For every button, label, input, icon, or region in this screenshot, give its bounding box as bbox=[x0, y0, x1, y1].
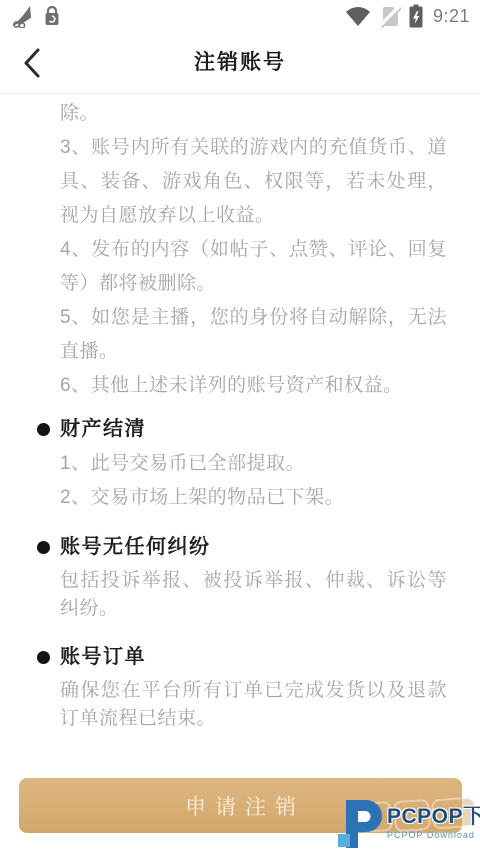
apply-cancellation-button[interactable]: 申请注销 bbox=[19, 778, 462, 833]
section-description: 包括投诉举报、被投诉举报、仲裁、诉讼等纠纷。 bbox=[60, 567, 447, 623]
battery-charging-icon bbox=[409, 4, 423, 28]
status-bar: 9:21 bbox=[0, 0, 480, 32]
section-no-disputes: 账号无任何纠纷 包括投诉举报、被投诉举报、仲裁、诉讼等纠纷。 bbox=[60, 533, 447, 623]
section-title: 账号无任何纠纷 bbox=[60, 533, 211, 561]
status-time: 9:21 bbox=[433, 6, 470, 27]
section-property-settled: 财产结清 1、此号交易币已全部提取。 2、交易市场上架的物品已下架。 bbox=[60, 415, 447, 515]
section-header: 账号订单 bbox=[37, 643, 447, 671]
terms-paragraph: 4、发布的内容（如帖子、点赞、评论、回复等）都将被删除。 bbox=[60, 233, 447, 301]
lock-icon bbox=[42, 4, 62, 28]
section-description: 确保您在平台所有订单已完成发货以及退款订单流程已结束。 bbox=[60, 677, 447, 733]
section-account-orders: 账号订单 确保您在平台所有订单已完成发货以及退款订单流程已结束。 bbox=[60, 643, 447, 733]
back-button[interactable] bbox=[14, 45, 50, 81]
section-items: 1、此号交易币已全部提取。 2、交易市场上架的物品已下架。 bbox=[60, 447, 447, 515]
terms-paragraph: 6、其他上述未详列的账号资产和权益。 bbox=[60, 369, 447, 403]
terms-paragraph: 除。 bbox=[60, 97, 447, 131]
header: 注销账号 bbox=[0, 32, 480, 94]
section-header: 账号无任何纠纷 bbox=[37, 533, 447, 561]
section-header: 财产结清 bbox=[37, 415, 447, 443]
no-sim-icon bbox=[379, 4, 401, 28]
section-title: 财产结清 bbox=[60, 415, 146, 443]
section-item: 1、此号交易币已全部提取。 bbox=[60, 447, 447, 481]
bullet-icon bbox=[37, 651, 50, 664]
page-title: 注销账号 bbox=[0, 32, 480, 93]
app-notification-icon bbox=[10, 4, 34, 28]
section-title: 账号订单 bbox=[60, 643, 146, 671]
bullet-icon bbox=[37, 541, 50, 554]
section-item: 2、交易市场上架的物品已下架。 bbox=[60, 481, 447, 515]
terms-paragraph: 3、账号内所有关联的游戏内的充值货币、道具、装备、游戏角色、权限等，若未处理，视… bbox=[60, 131, 447, 233]
phone-screen: 9:21 注销账号 除。 3、账号内所有关联的游戏内的充值货币、道具、装备、游戏… bbox=[0, 0, 480, 853]
wifi-icon bbox=[345, 5, 371, 27]
terms-content[interactable]: 除。 3、账号内所有关联的游戏内的充值货币、道具、装备、游戏角色、权限等，若未处… bbox=[0, 94, 480, 733]
terms-paragraph: 5、如您是主播，您的身份将自动解除，无法直播。 bbox=[60, 301, 447, 369]
bullet-icon bbox=[37, 423, 50, 436]
chevron-left-icon bbox=[21, 47, 43, 79]
